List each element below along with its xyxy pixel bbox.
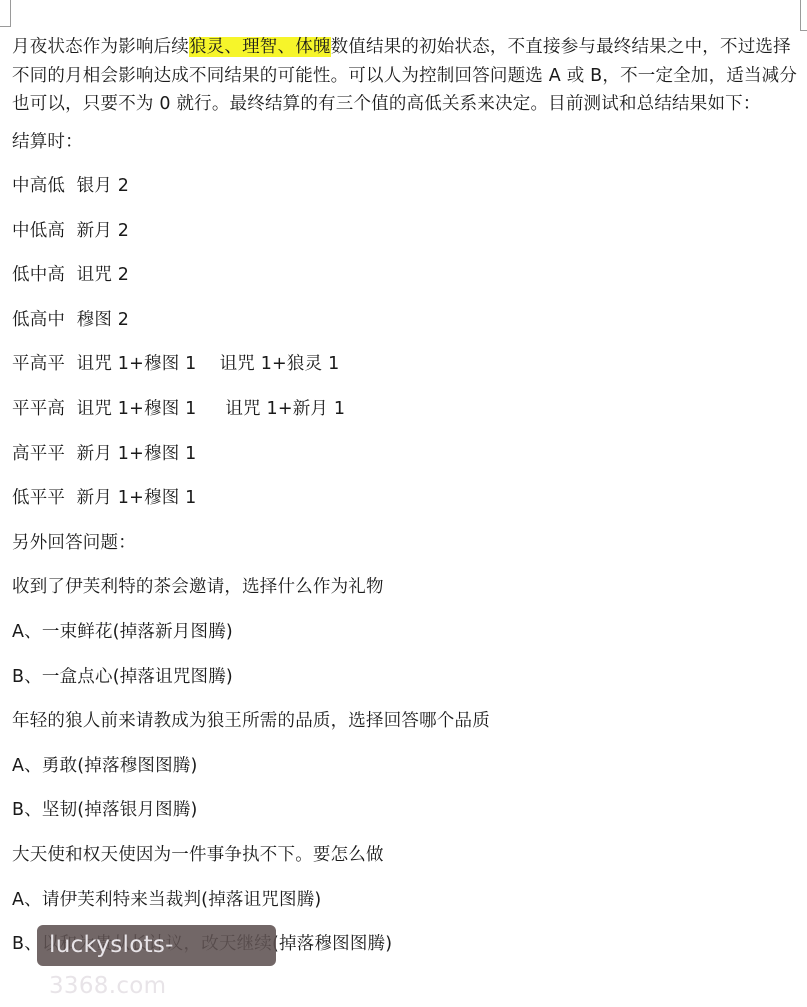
page-corner-mark-left <box>0 0 11 27</box>
questions-heading: 另外回答问题： <box>12 532 802 554</box>
settlement-pattern: 中低高 <box>12 221 65 241</box>
question-text: 大天使和权天使因为一件事争执不下。要怎么做 <box>12 844 802 866</box>
settlement-result: 新月 1+穆图 1 <box>77 488 197 508</box>
settlement-pattern: 高平平 <box>12 444 65 464</box>
settlement-alt-result: 诅咒 1+狼灵 1 <box>220 354 340 374</box>
intro-text-start: 月夜状态作为影响后续 <box>12 37 189 57</box>
settlement-result: 新月 2 <box>77 221 130 241</box>
highlighted-stats: 狼灵、理智、体魄 <box>189 37 331 57</box>
watermark-overlay: luckyslots-3368.com <box>37 925 276 966</box>
settlement-row: 低高中 穆图 2 <box>12 309 802 331</box>
settlement-row: 平平高 诅咒 1+穆图 1 诅咒 1+新月 1 <box>12 398 802 420</box>
settlement-row: 低中高 诅咒 2 <box>12 264 802 286</box>
question-option: B、坚韧(掉落银月图腾) <box>12 799 802 821</box>
page-corner-mark-right <box>800 0 807 31</box>
settlement-alt-result: 诅咒 1+新月 1 <box>225 399 345 419</box>
settlement-pattern: 中高低 <box>12 176 65 196</box>
settlement-heading: 结算时： <box>12 131 802 153</box>
settlement-result: 诅咒 1+穆图 1 <box>77 399 197 419</box>
question-option: B、一盒点心(掉落诅咒图腾) <box>12 666 802 688</box>
settlement-pattern: 平高平 <box>12 354 65 374</box>
settlement-pattern: 平平高 <box>12 399 65 419</box>
settlement-row: 中低高 新月 2 <box>12 220 802 242</box>
settlement-row: 平高平 诅咒 1+穆图 1 诅咒 1+狼灵 1 <box>12 353 802 375</box>
settlement-result: 银月 2 <box>77 176 130 196</box>
settlement-row: 低平平 新月 1+穆图 1 <box>12 487 802 509</box>
question-text: 年轻的狼人前来请教成为狼王所需的品质，选择回答哪个品质 <box>12 710 802 732</box>
settlement-row: 中高低 银月 2 <box>12 175 802 197</box>
question-option: A、勇敢(掉落穆图图腾) <box>12 755 802 777</box>
question-option: A、请伊芙利特来当裁判(掉落诅咒图腾) <box>12 889 802 911</box>
settlement-result: 穆图 2 <box>77 310 130 330</box>
question-option: A、一束鲜花(掉落新月图腾) <box>12 621 802 643</box>
document-page: 月夜状态作为影响后续狼灵、理智、体魄数值结果的初始状态，不直接参与最终结果之中，… <box>12 33 802 978</box>
intro-paragraph: 月夜状态作为影响后续狼灵、理智、体魄数值结果的初始状态，不直接参与最终结果之中，… <box>12 33 802 119</box>
settlement-result: 诅咒 1+穆图 1 <box>77 354 197 374</box>
question-text: 收到了伊芙利特的茶会邀请，选择什么作为礼物 <box>12 576 802 598</box>
settlement-pattern: 低平平 <box>12 488 65 508</box>
settlement-pattern: 低中高 <box>12 265 65 285</box>
settlement-result: 新月 1+穆图 1 <box>77 444 197 464</box>
settlement-result: 诅咒 2 <box>77 265 130 285</box>
settlement-pattern: 低高中 <box>12 310 65 330</box>
settlement-row: 高平平 新月 1+穆图 1 <box>12 443 802 465</box>
